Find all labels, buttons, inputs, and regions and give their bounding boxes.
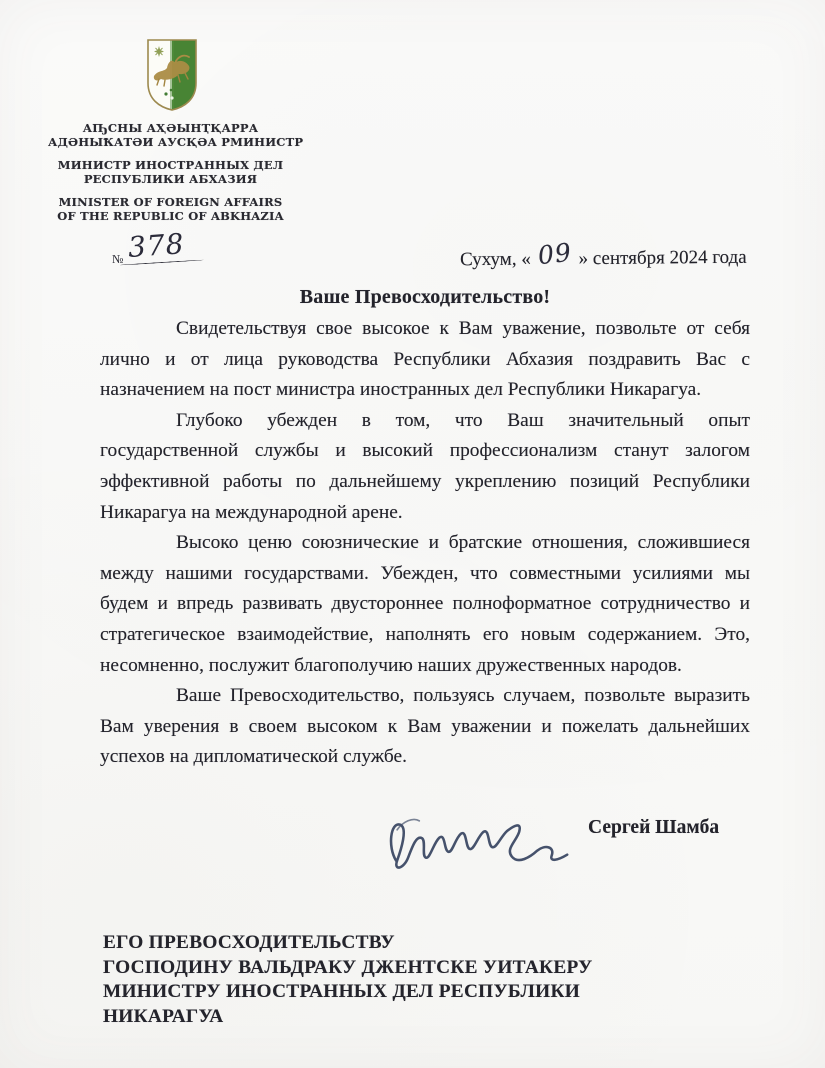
reference-number: №378 xyxy=(112,229,222,269)
addressee-line-2: ГОСПОДИНУ ВАЛЬДРАКУ ДЖЕНТСКЕ УИТАКЕРУ xyxy=(103,956,593,981)
paragraph-2: Глубоко убежден в том, что Ваш значитель… xyxy=(100,406,750,528)
letterhead-abkhaz-line2: АДӘНЫҞАТӘИ АУСҚӘА РМИНИСТР xyxy=(48,136,293,150)
dateline-suffix: » сентября 2024 года xyxy=(579,247,747,269)
signatory-name: Сергей Шамба xyxy=(588,817,719,839)
addressee-block: ЕГО ПРЕВОСХОДИТЕЛЬСТВУ ГОСПОДИНУ ВАЛЬДРА… xyxy=(103,931,593,1029)
abkhazia-coat-of-arms-icon xyxy=(145,36,199,114)
addressee-line-3: МИНИСТРУ ИНОСТРАННЫХ ДЕЛ РЕСПУБЛИКИ xyxy=(103,980,593,1005)
addressee-line-1: ЕГО ПРЕВОСХОДИТЕЛЬСТВУ xyxy=(103,931,593,956)
paragraph-1: Свидетельствуя свое высокое к Вам уважен… xyxy=(100,314,750,406)
letterhead-russian-line1: МИНИСТР ИНОСТРАННЫХ ДЕЛ xyxy=(48,159,293,173)
date-day-handwritten: 09 xyxy=(537,238,574,271)
paragraph-3: Высоко ценю союзнические и братские отно… xyxy=(100,528,750,681)
addressee-line-4: НИКАРАГУА xyxy=(103,1005,593,1030)
handwritten-signature-icon xyxy=(382,792,590,879)
letterhead-english: MINISTER OF FOREIGN AFFAIRS OF THE REPUB… xyxy=(48,196,293,223)
salutation: Ваше Превосходительство! xyxy=(100,286,750,309)
letterhead-russian: МИНИСТР ИНОСТРАННЫХ ДЕЛ РЕСПУБЛИКИ АБХАЗ… xyxy=(48,159,293,186)
letterhead-abkhaz: АҦСНЫ АҲӘЫНҬҚАРРА АДӘНЫҞАТӘИ АУСҚӘА РМИН… xyxy=(48,122,293,149)
letterhead-english-line1: MINISTER OF FOREIGN AFFAIRS xyxy=(48,196,293,210)
letterhead-russian-line2: РЕСПУБЛИКИ АБХАЗИЯ xyxy=(48,173,293,187)
scanned-letter-page: АҦСНЫ АҲӘЫНҬҚАРРА АДӘНЫҞАТӘИ АУСҚӘА РМИН… xyxy=(0,0,825,1068)
letter-body: Свидетельствуя свое высокое к Вам уважен… xyxy=(100,314,750,773)
paragraph-4: Ваше Превосходительство, пользуясь случа… xyxy=(100,681,750,773)
dateline-prefix: Сухум, « xyxy=(460,249,531,271)
letterhead-english-line2: OF THE REPUBLIC OF ABKHAZIA xyxy=(48,210,293,224)
letterhead-abkhaz-line1: АҦСНЫ АҲӘЫНҬҚАРРА xyxy=(48,122,293,136)
dateline: Сухум, «09» сентября 2024 года xyxy=(460,240,747,272)
reference-number-handwritten: 378 xyxy=(127,227,186,264)
letterhead: АҦСНЫ АҲӘЫНҬҚАРРА АДӘНЫҞАТӘИ АУСҚӘА РМИН… xyxy=(48,122,293,233)
